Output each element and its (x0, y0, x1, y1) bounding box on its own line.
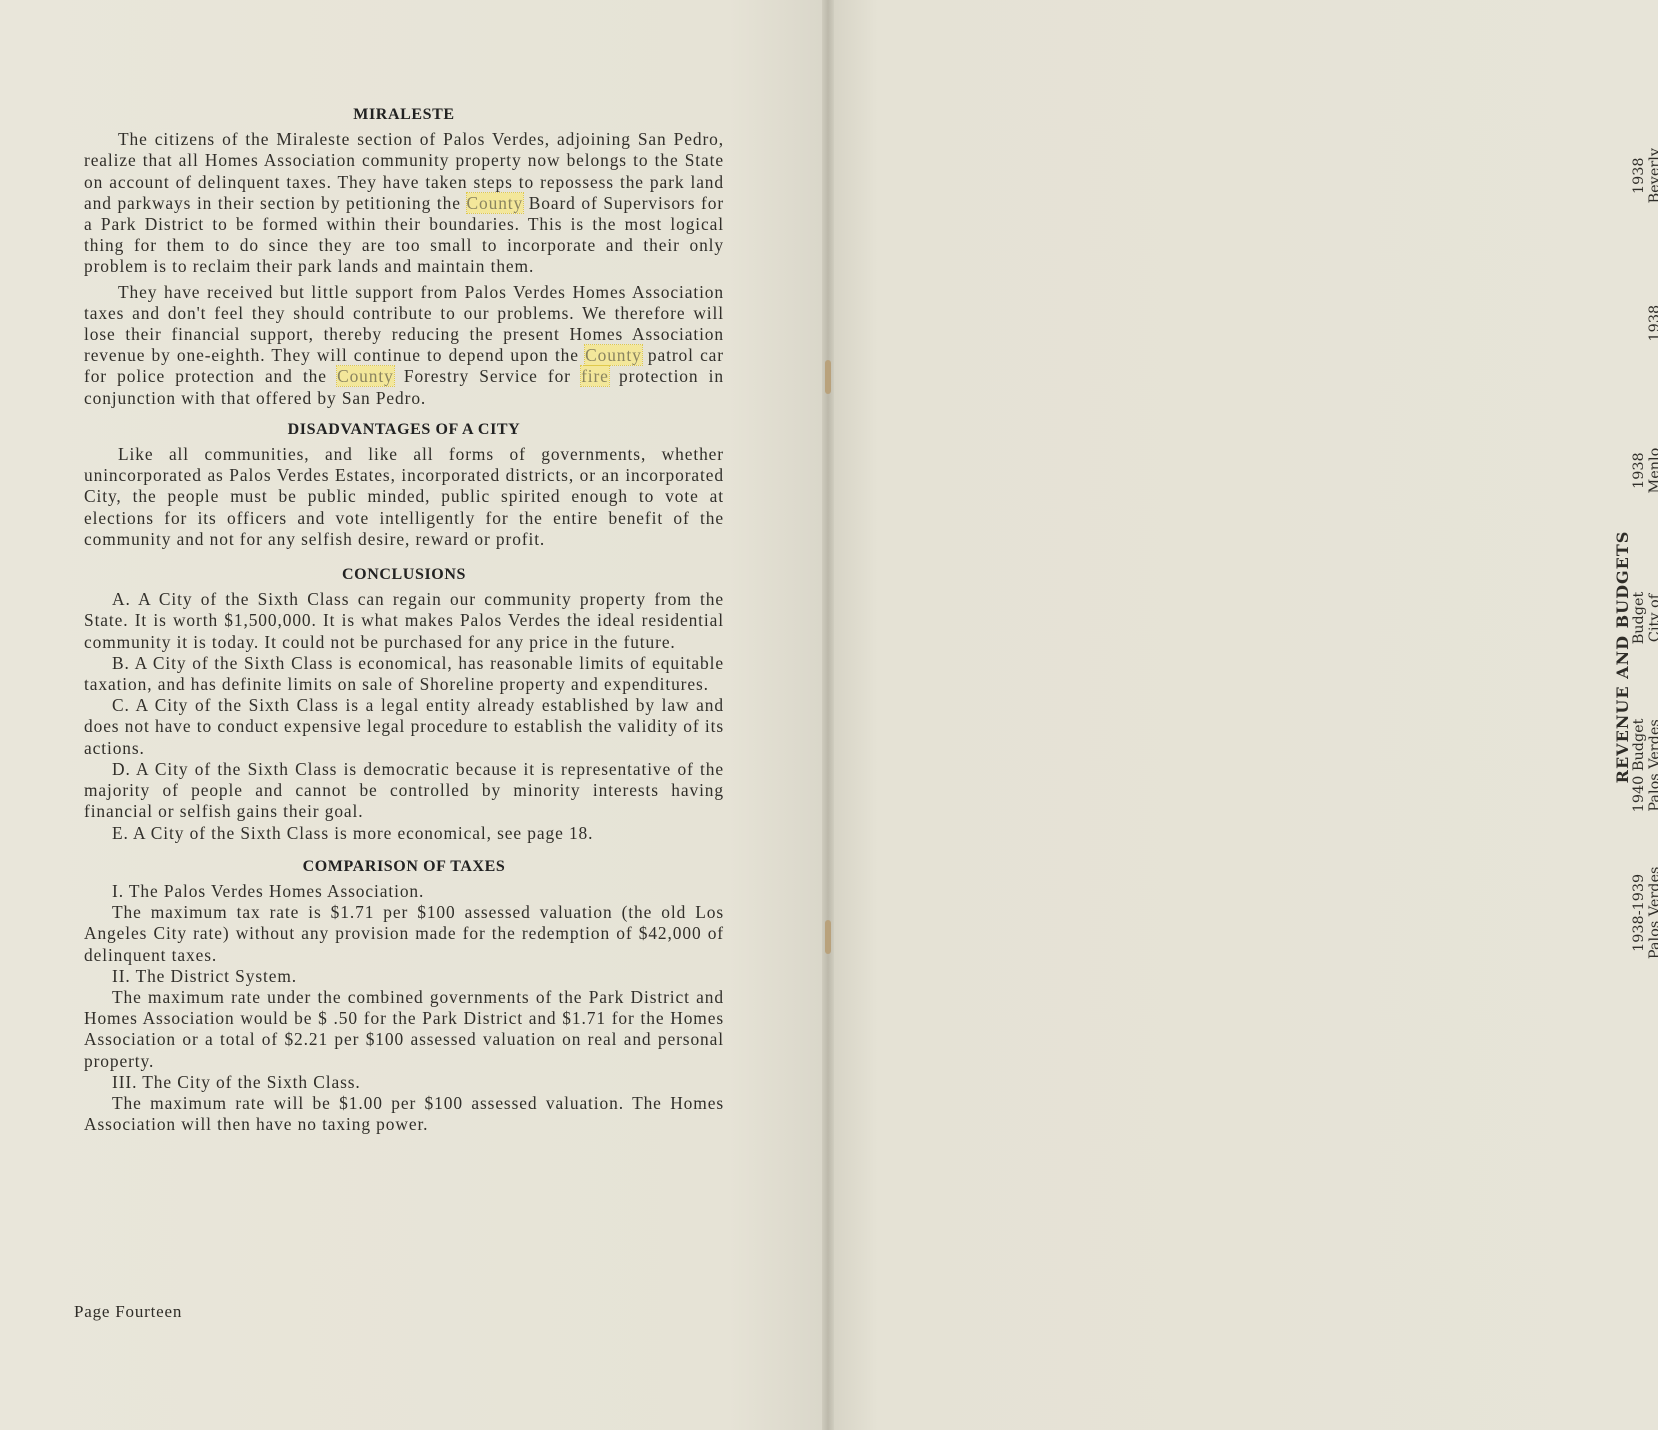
conclusion-a: A. A City of the Sixth Class can regain … (84, 589, 724, 653)
staple-top (825, 360, 831, 394)
conclusion-b: B. A City of the Sixth Class is economic… (84, 653, 724, 695)
comparison-p1: The maximum tax rate is $1.71 per $100 a… (84, 902, 724, 966)
page-number: Page Fourteen (74, 1302, 182, 1322)
right-page (828, 0, 1658, 1430)
comparison-p2: The maximum rate under the combined gove… (84, 987, 724, 1072)
heading-miraleste: MIRALESTE (84, 104, 724, 125)
table-title: REVENUE AND BUDGETS (1613, 42, 1632, 1272)
col-header: 1938-1939Palos VerdesHomes Assn. (1631, 839, 1658, 986)
col-header: 1938BeverlyHills (1631, 102, 1658, 249)
heading-comparison: COMPARISON OF TAXES (84, 856, 724, 877)
comparison-h3: III. The City of the Sixth Class. (84, 1072, 724, 1093)
left-page-text: MIRALESTE The citizens of the Miraleste … (84, 98, 724, 1135)
miraleste-paragraph-1: The citizens of the Miraleste section of… (84, 129, 724, 277)
comparison-h2: II. The District System. (84, 966, 724, 987)
col-header: 1938Atherton (1631, 249, 1658, 396)
conclusion-e: E. A City of the Sixth Class is more eco… (84, 823, 724, 844)
disadvantages-paragraph: Like all communities, and like all forms… (84, 444, 724, 550)
conclusion-d: D. A City of the Sixth Class is democrat… (84, 759, 724, 823)
col-header: 1940 BudgetPalos VerdesHomes Assn. (1631, 692, 1658, 839)
heading-conclusions: CONCLUSIONS (84, 564, 724, 585)
col-header: BudgetCity ofSixth Class (1631, 544, 1658, 691)
revenue-budgets-table: 1938-1939Palos VerdesHomes Assn. 1940 Bu… (1631, 102, 1658, 1332)
header-row: 1938-1939Palos VerdesHomes Assn. 1940 Bu… (1631, 102, 1658, 1332)
book-gutter (822, 0, 834, 1430)
staple-bottom (825, 920, 831, 954)
highlight-county[interactable]: County (585, 345, 642, 365)
highlight-fire[interactable]: fire (581, 366, 609, 386)
heading-disadvantages: DISADVANTAGES OF A CITY (84, 419, 724, 440)
miraleste-paragraph-2: They have received but little support fr… (84, 282, 724, 409)
col-header: 1938MenloPark (1631, 397, 1658, 544)
revenue-budgets-table-rotated: REVENUE AND BUDGETS 1938-1939Palos Verde… (1613, 102, 1658, 1332)
comparison-p3: The maximum rate will be $1.00 per $100 … (84, 1093, 724, 1135)
conclusion-c: C. A City of the Sixth Class is a legal … (84, 695, 724, 759)
highlight-county[interactable]: County (337, 366, 394, 386)
highlight-county[interactable]: County (467, 193, 524, 213)
comparison-h1: I. The Palos Verdes Homes Association. (84, 881, 724, 902)
